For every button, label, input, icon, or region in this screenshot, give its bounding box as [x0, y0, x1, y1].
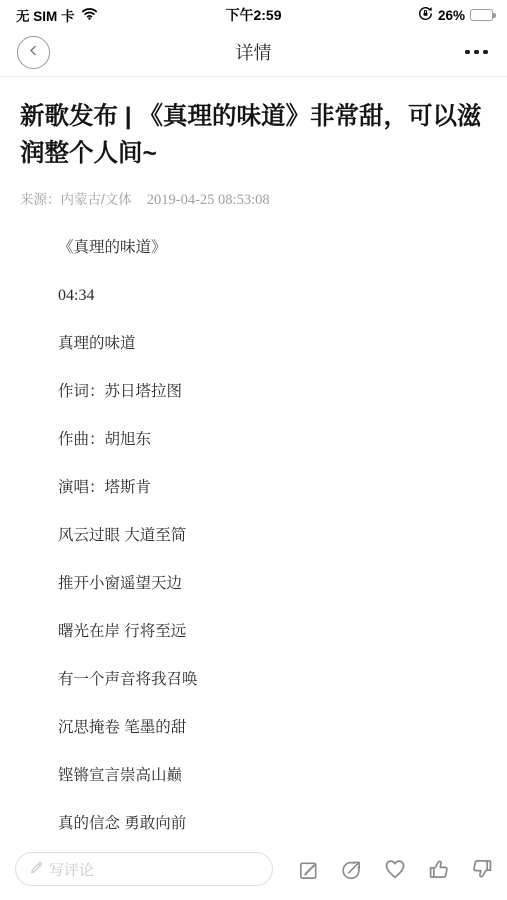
share-button[interactable] — [340, 857, 364, 881]
lyric-line: 有一个声音将我召唤 — [58, 669, 487, 691]
lyric-line: 作曲：胡旭东 — [58, 429, 487, 451]
like-button[interactable] — [427, 857, 451, 881]
orientation-lock-icon — [418, 6, 433, 24]
article-content: 《真理的味道》 04:34 真理的味道 作词：苏日塔拉图 作曲：胡旭东 演唱：塔… — [20, 237, 487, 835]
pencil-icon — [29, 860, 44, 879]
favorite-button[interactable] — [383, 857, 407, 881]
thumbs-down-icon — [470, 857, 494, 881]
bottom-action-bar: 写评论 — [0, 842, 507, 900]
lyric-line: 沉思掩卷 笔墨的甜 — [58, 717, 487, 739]
heart-icon — [383, 857, 407, 881]
article-source: 来源：内蒙古/文体 — [20, 188, 132, 208]
share-icon — [340, 858, 363, 881]
thumbs-up-icon — [427, 857, 451, 881]
comment-input[interactable]: 写评论 — [15, 852, 273, 886]
battery-cap — [493, 13, 495, 18]
comment-placeholder: 写评论 — [49, 859, 94, 880]
article: 新歌发布 | 《真理的味道》非常甜，可以滋润整个人间~ 来源：内蒙古/文体 20… — [0, 98, 507, 835]
compose-icon — [297, 858, 320, 881]
compose-button[interactable] — [296, 857, 320, 881]
nav-bar: 详情 — [0, 28, 507, 77]
lyric-line: 演唱：塔斯肯 — [58, 477, 487, 499]
lyric-line: 04:34 — [58, 285, 487, 307]
ellipsis-icon — [465, 50, 470, 55]
back-button[interactable] — [17, 36, 50, 69]
battery-percent: 26% — [438, 8, 465, 23]
lyric-line: 真的信念 勇敢向前 — [58, 813, 487, 835]
article-timestamp: 2019-04-25 08:53:08 — [147, 192, 270, 209]
lyric-line: 推开小窗遥望天边 — [58, 573, 487, 595]
lyric-line: 作词：苏日塔拉图 — [58, 381, 487, 403]
lyric-line: 铿锵宣言崇高山巅 — [58, 765, 487, 787]
status-left: 无 SIM 卡 — [16, 5, 98, 25]
status-right: 26% — [418, 6, 493, 24]
action-icons — [296, 857, 494, 881]
page-title: 详情 — [236, 39, 272, 65]
lyric-line: 《真理的味道》 — [58, 237, 487, 259]
article-title: 新歌发布 | 《真理的味道》非常甜，可以滋润整个人间~ — [20, 98, 487, 172]
lyric-line: 风云过眼 大道至简 — [58, 525, 487, 547]
lyric-line: 真理的味道 — [58, 333, 487, 355]
status-bar: 无 SIM 卡 下午2:59 26% — [0, 0, 507, 28]
status-time: 下午2:59 — [225, 5, 281, 25]
lyric-line: 曙光在岸 行将至远 — [58, 621, 487, 643]
carrier-label: 无 SIM 卡 — [16, 5, 75, 25]
back-chevron-icon — [26, 43, 41, 61]
article-meta: 来源：内蒙古/文体 2019-04-25 08:53:08 — [20, 188, 487, 209]
wifi-icon — [81, 7, 98, 23]
more-button[interactable] — [463, 44, 490, 61]
dislike-button[interactable] — [470, 857, 494, 881]
battery-icon — [470, 9, 493, 21]
